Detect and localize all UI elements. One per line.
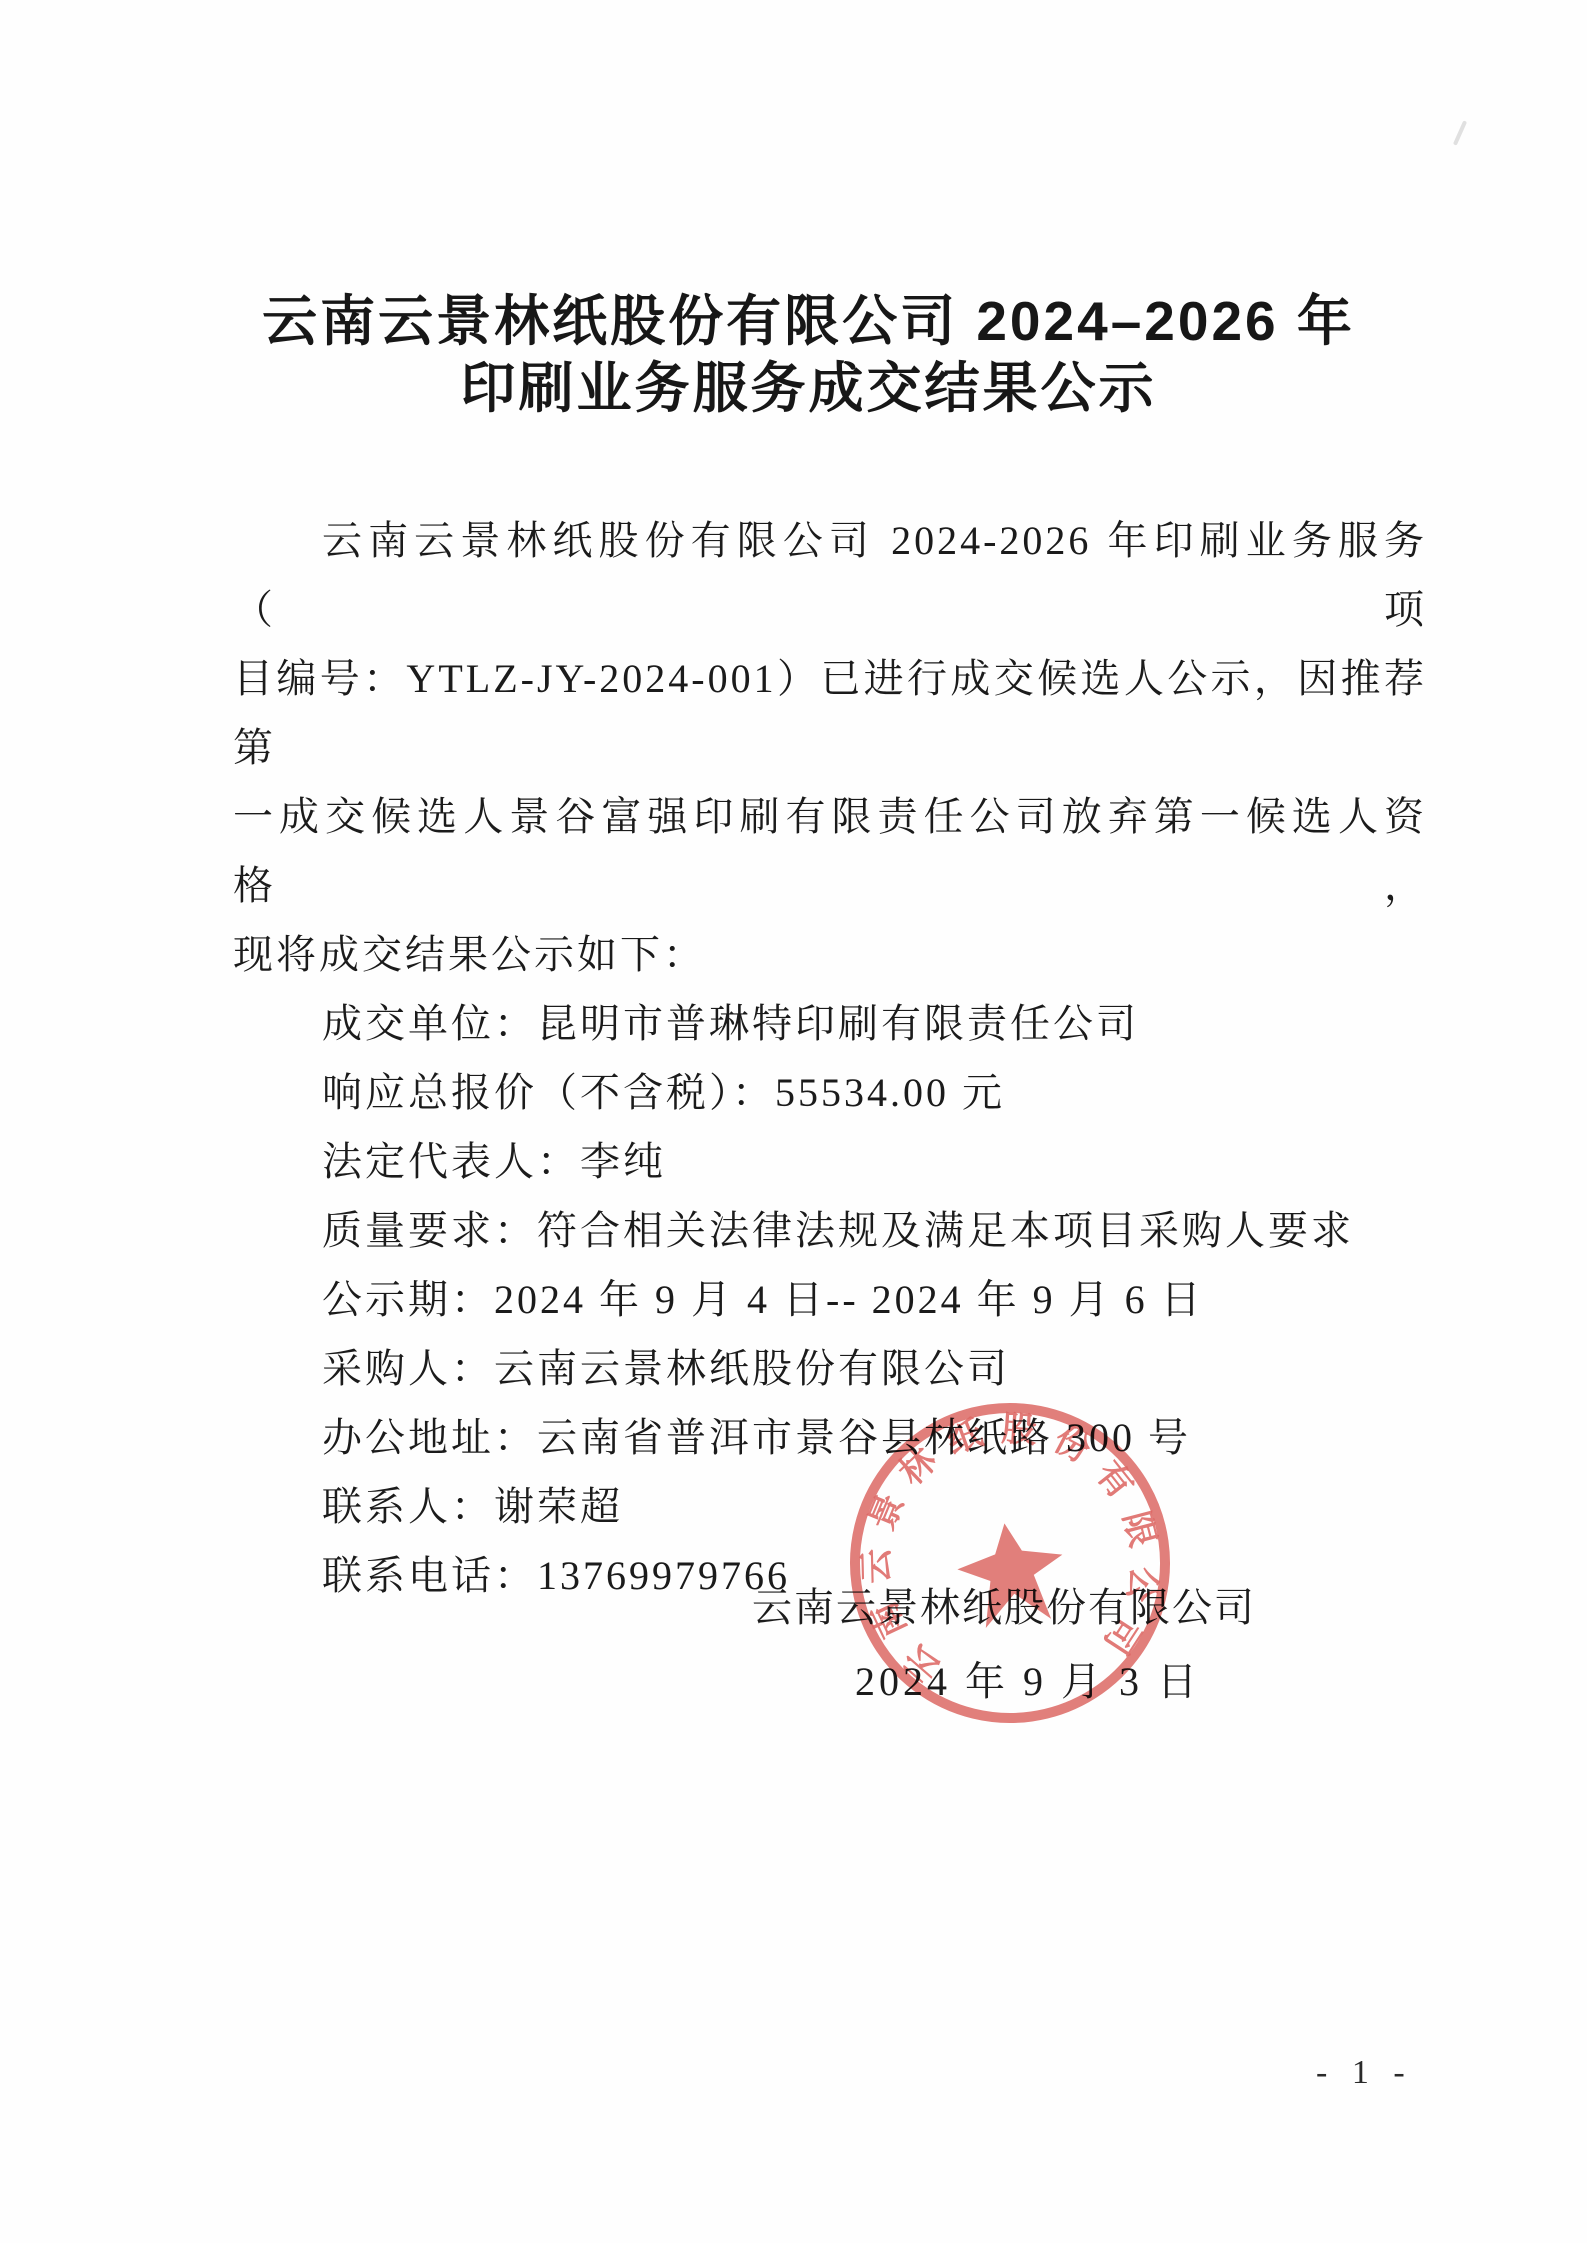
document-body: 云南云景林纸股份有限公司 2024-2026 年印刷业务服务（项 目编号：YTL… [233, 506, 1427, 1610]
detail-label: 质量要求： [322, 1208, 537, 1253]
title-line-1: 云南云景林纸股份有限公司 2024–2026 年 [30, 288, 1587, 355]
scan-artifact [1453, 120, 1467, 145]
detail-value: 云南云景林纸股份有限公司 [494, 1346, 1010, 1391]
detail-value: 55534.00 元 [775, 1070, 1005, 1115]
detail-row: 法定代表人：李纯 [233, 1127, 1427, 1196]
detail-label: 成交单位： [322, 1001, 537, 1046]
detail-label: 响应总报价（不含税）： [322, 1070, 775, 1115]
detail-row: 公示期：2024 年 9 月 4 日-- 2024 年 9 月 6 日 [233, 1265, 1427, 1334]
detail-label: 公示期： [322, 1277, 494, 1322]
document-page: 云南云景林纸股份有限公司 2024–2026 年 印刷业务服务成交结果公示 云南… [0, 0, 1587, 2243]
detail-row: 质量要求：符合相关法律法规及满足本项目采购人要求 [233, 1196, 1427, 1265]
detail-row: 办公地址：云南省普洱市景谷县林纸路 300 号 [233, 1403, 1427, 1472]
signature-date: 2024 年 9 月 3 日 [855, 1650, 1201, 1707]
detail-row: 联系人：谢荣超 [233, 1472, 1427, 1541]
detail-value: 2024 年 9 月 4 日-- 2024 年 9 月 6 日 [494, 1277, 1204, 1322]
paragraph-line: 现将成交结果公示如下： [233, 920, 1427, 989]
detail-label: 联系电话： [322, 1553, 537, 1598]
paragraph-line: 目编号：YTLZ-JY-2024-001）已进行成交候选人公示，因推荐第 [233, 644, 1427, 782]
detail-label: 采购人： [322, 1346, 494, 1391]
detail-label: 联系人： [322, 1484, 494, 1529]
paragraph-line: 云南云景林纸股份有限公司 2024-2026 年印刷业务服务（项 [233, 506, 1427, 644]
detail-value: 谢荣超 [494, 1484, 623, 1529]
detail-label: 法定代表人： [322, 1139, 580, 1184]
detail-value: 昆明市普琳特印刷有限责任公司 [537, 1001, 1139, 1046]
title-line-2: 印刷业务服务成交结果公示 [30, 355, 1587, 422]
detail-value: 李纯 [580, 1139, 666, 1184]
page-number: - 1 - [1316, 2054, 1413, 2092]
detail-row: 采购人：云南云景林纸股份有限公司 [233, 1334, 1427, 1403]
document-title: 云南云景林纸股份有限公司 2024–2026 年 印刷业务服务成交结果公示 [0, 288, 1587, 422]
paragraph-line: 一成交候选人景谷富强印刷有限责任公司放弃第一候选人资格， [233, 782, 1427, 920]
detail-value: 云南省普洱市景谷县林纸路 300 号 [537, 1415, 1191, 1460]
detail-row: 成交单位：昆明市普琳特印刷有限责任公司 [233, 989, 1427, 1058]
detail-value: 符合相关法律法规及满足本项目采购人要求 [537, 1208, 1354, 1253]
signature-company: 云南云景林纸股份有限公司 [752, 1576, 1256, 1633]
detail-row: 响应总报价（不含税）：55534.00 元 [233, 1058, 1427, 1127]
detail-label: 办公地址： [322, 1415, 537, 1460]
